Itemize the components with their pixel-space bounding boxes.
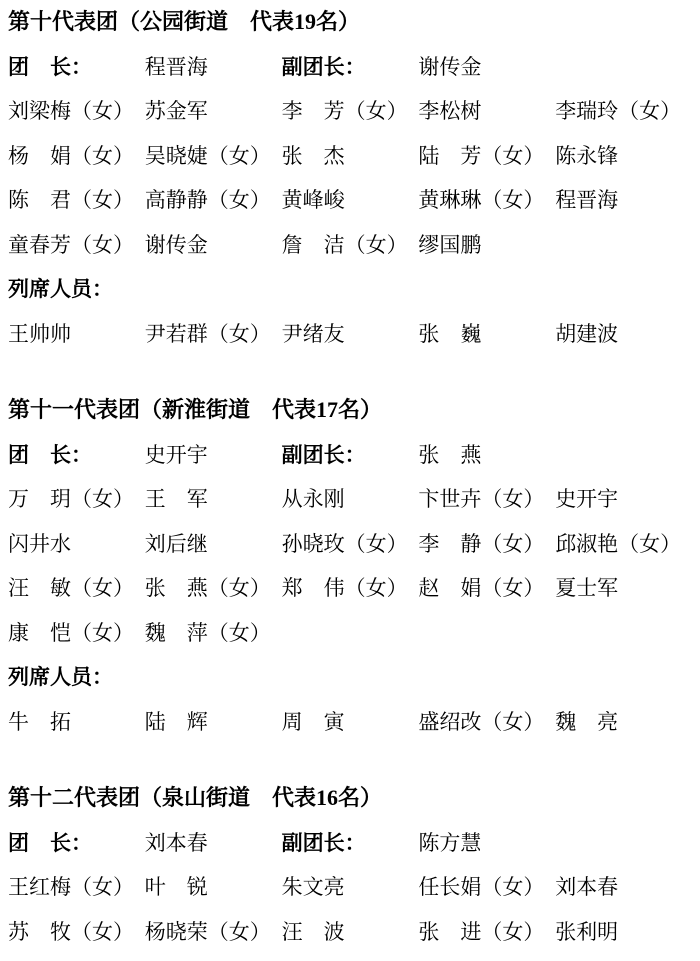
- member-row: 万 玥（女） 王 军 从永刚 卞世卉（女） 史开宇: [8, 477, 692, 522]
- member-name: 史开宇: [555, 477, 692, 522]
- member-name: 吴晓婕（女）: [145, 134, 282, 179]
- leader-name: 史开宇: [145, 433, 282, 478]
- leader-name: 程晋海: [145, 45, 282, 90]
- member-name: 卞世卉（女）: [418, 477, 555, 522]
- member-row: 汪 敏（女） 张 燕（女） 郑 伟（女） 赵 娟（女） 夏士军: [8, 566, 692, 611]
- member-name: 汪 敏（女）: [8, 566, 145, 611]
- member-name: 李松树: [418, 89, 555, 134]
- observer-name: 尹绪友: [282, 312, 419, 357]
- member-name: 夏士军: [555, 566, 692, 611]
- member-name: 黄峰峻: [282, 178, 419, 223]
- member-name: 高静静（女）: [145, 178, 282, 223]
- leader-name: 刘本春: [145, 821, 282, 866]
- leader-label: 团 长：: [8, 45, 145, 90]
- member-name: 王 军: [145, 477, 282, 522]
- member-name: 邱淑艳（女）: [555, 522, 692, 567]
- member-row: 王红梅（女） 叶 锐 朱文亮 任长娟（女） 刘本春: [8, 865, 692, 910]
- member-name: 苏 牧（女）: [8, 910, 145, 955]
- empty-cell: [555, 821, 692, 866]
- member-name: 程晋海: [555, 178, 692, 223]
- member-name: 闪井水: [8, 522, 145, 567]
- member-name: 苏金军: [145, 89, 282, 134]
- observer-name: 尹若群（女）: [145, 312, 282, 357]
- member-name: 陈 君（女）: [8, 178, 145, 223]
- delegation-roster-document: 第十代表团（公园街道 代表19名） 团 长： 程晋海 副团长： 谢传金 刘梁梅（…: [0, 0, 700, 954]
- member-name: 张 进（女）: [418, 910, 555, 955]
- member-name: 陈永锋: [555, 134, 692, 179]
- member-name: 任长娟（女）: [418, 865, 555, 910]
- observer-name: 周 寅: [282, 700, 419, 745]
- member-name: [282, 611, 419, 656]
- member-name: 李 芳（女）: [282, 89, 419, 134]
- member-name: 王红梅（女）: [8, 865, 145, 910]
- member-row: 杨 娟（女） 吴晓婕（女） 张 杰 陆 芳（女） 陈永锋: [8, 134, 692, 179]
- member-name: 李瑞玲（女）: [555, 89, 692, 134]
- member-name: 叶 锐: [145, 865, 282, 910]
- member-name: 刘后继: [145, 522, 282, 567]
- member-name: 谢传金: [145, 223, 282, 268]
- member-row: 童春芳（女） 谢传金 詹 洁（女） 缪国鹏: [8, 223, 692, 268]
- member-row: 康 恺（女） 魏 萍（女）: [8, 611, 692, 656]
- member-name: [555, 611, 692, 656]
- leader-label: 团 长：: [8, 433, 145, 478]
- empty-cell: [555, 433, 692, 478]
- section-title: 第十代表团（公园街道 代表19名）: [8, 0, 692, 45]
- observer-name: 牛 拓: [8, 700, 145, 745]
- member-name: 从永刚: [282, 477, 419, 522]
- deputy-leader-label: 副团长：: [282, 821, 419, 866]
- member-name: 黄琳琳（女）: [418, 178, 555, 223]
- empty-cell: [555, 45, 692, 90]
- member-name: 詹 洁（女）: [282, 223, 419, 268]
- deputy-leader-label: 副团长：: [282, 45, 419, 90]
- observer-name: 王帅帅: [8, 312, 145, 357]
- member-name: 孙晓玫（女）: [282, 522, 419, 567]
- member-name: 张 燕（女）: [145, 566, 282, 611]
- section-title: 第十一代表团（新淮街道 代表17名）: [8, 388, 692, 433]
- observers-label: 列席人员：: [8, 655, 692, 700]
- member-name: 张利明: [555, 910, 692, 955]
- deputy-leader-name: 张 燕: [418, 433, 555, 478]
- delegation-section-12: 第十二代表团（泉山街道 代表16名） 团 长： 刘本春 副团长： 陈方慧 王红梅…: [8, 776, 692, 954]
- member-name: 李 静（女）: [418, 522, 555, 567]
- member-row: 刘梁梅（女） 苏金军 李 芳（女） 李松树 李瑞玲（女）: [8, 89, 692, 134]
- delegation-section-10: 第十代表团（公园街道 代表19名） 团 长： 程晋海 副团长： 谢传金 刘梁梅（…: [8, 0, 692, 356]
- delegation-section-11: 第十一代表团（新淮街道 代表17名） 团 长： 史开宇 副团长： 张 燕 万 玥…: [8, 388, 692, 744]
- member-name: 康 恺（女）: [8, 611, 145, 656]
- observer-row: 王帅帅 尹若群（女） 尹绪友 张 巍 胡建波: [8, 312, 692, 357]
- leader-label: 团 长：: [8, 821, 145, 866]
- member-name: 杨晓荣（女）: [145, 910, 282, 955]
- observer-name: 陆 辉: [145, 700, 282, 745]
- leaders-row: 团 长： 程晋海 副团长： 谢传金: [8, 45, 692, 90]
- leaders-row: 团 长： 史开宇 副团长： 张 燕: [8, 433, 692, 478]
- member-row: 闪井水 刘后继 孙晓玫（女） 李 静（女） 邱淑艳（女）: [8, 522, 692, 567]
- section-title: 第十二代表团（泉山街道 代表16名）: [8, 776, 692, 821]
- observer-name: 盛绍改（女）: [418, 700, 555, 745]
- member-row: 苏 牧（女） 杨晓荣（女） 汪 波 张 进（女） 张利明: [8, 910, 692, 955]
- leaders-row: 团 长： 刘本春 副团长： 陈方慧: [8, 821, 692, 866]
- observers-label: 列席人员：: [8, 267, 692, 312]
- member-name: 陆 芳（女）: [418, 134, 555, 179]
- member-name: 魏 萍（女）: [145, 611, 282, 656]
- observer-name: 魏 亮: [555, 700, 692, 745]
- observer-name: 张 巍: [418, 312, 555, 357]
- deputy-leader-name: 谢传金: [418, 45, 555, 90]
- member-name: 杨 娟（女）: [8, 134, 145, 179]
- member-name: 郑 伟（女）: [282, 566, 419, 611]
- member-name: 刘本春: [555, 865, 692, 910]
- member-name: 缪国鹏: [418, 223, 555, 268]
- member-row: 陈 君（女） 高静静（女） 黄峰峻 黄琳琳（女） 程晋海: [8, 178, 692, 223]
- deputy-leader-name: 陈方慧: [418, 821, 555, 866]
- member-name: [555, 223, 692, 268]
- observer-name: 胡建波: [555, 312, 692, 357]
- member-name: 汪 波: [282, 910, 419, 955]
- member-name: 童春芳（女）: [8, 223, 145, 268]
- member-name: 朱文亮: [282, 865, 419, 910]
- deputy-leader-label: 副团长：: [282, 433, 419, 478]
- member-name: 赵 娟（女）: [418, 566, 555, 611]
- member-name: 刘梁梅（女）: [8, 89, 145, 134]
- member-name: [418, 611, 555, 656]
- member-name: 张 杰: [282, 134, 419, 179]
- observer-row: 牛 拓 陆 辉 周 寅 盛绍改（女） 魏 亮: [8, 700, 692, 745]
- member-name: 万 玥（女）: [8, 477, 145, 522]
